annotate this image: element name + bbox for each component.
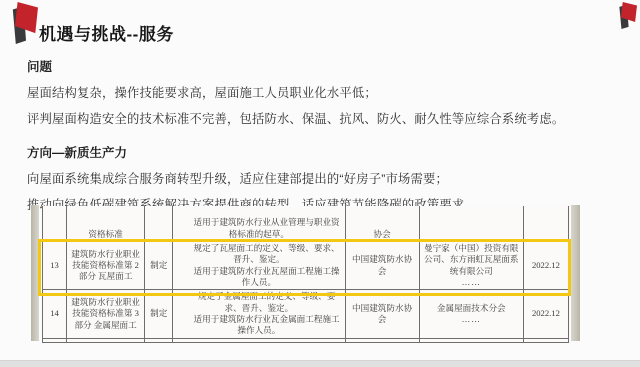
participants-more: …… xyxy=(423,277,520,288)
content-text-1: 规定了金属屋面工的定义、等级、要求、晋升、鉴定。 xyxy=(176,291,341,314)
cell-action: 制定 xyxy=(145,242,173,290)
cell-standard-name: 建筑防水行业职业技能资格标准第 3 部分 金属屋面工 xyxy=(67,290,145,338)
cell-no: 13 xyxy=(43,242,67,290)
cell-org: 中国建筑防水协会 xyxy=(345,290,419,338)
standards-table-region: 资格标准 适用于建筑防水行业从业管理与职业资格标准的起草。 协会 13 建筑防水… xyxy=(42,206,569,343)
table-row-14: 14 建筑防水行业职业技能资格标准第 3 部分 金属屋面工 制定 规定了金属屋面… xyxy=(43,290,569,338)
table-row-clipped xyxy=(43,338,569,342)
participants-text: 曼宁家（中国）投资有限公司、东方雨虹瓦屋面系统有限公司 xyxy=(423,243,520,277)
slide-bottom-strip xyxy=(0,360,640,367)
section-heading-direction: 方向—新质生产力 xyxy=(27,143,627,161)
company-logo-small xyxy=(616,2,637,29)
cell-content: 规定了瓦屋面工的定义、等级、要求、晋升、鉴定。 适用于建筑防水行业瓦屋面工程施工… xyxy=(173,242,345,290)
cell-content: 规定了金属屋面工的定义、等级、要求、晋升、鉴定。 适用于建筑防水行业瓦金属面工程… xyxy=(173,290,345,338)
table-page-edge-left xyxy=(31,205,39,341)
problem-line-1: 屋面结构复杂，操作技能要求高，屋面施工人员职业化水平低； xyxy=(27,83,627,101)
direction-line-1: 向屋面系统集成综合服务商转型升级，适应住建部提出的“好房子”市场需要； xyxy=(27,169,627,187)
cell-standard-name: 资格标准 xyxy=(67,206,145,242)
cell-participants xyxy=(419,206,523,242)
cell-action xyxy=(145,206,173,242)
content-text-2: 适用于建筑防水行业瓦金属面工程施工操作人员。 xyxy=(176,314,341,337)
cell-participants: 金属屋面技术分会 …… xyxy=(419,290,523,338)
cell-date: 2022.12 xyxy=(523,242,568,290)
cell-no xyxy=(43,206,67,242)
cell-no: 14 xyxy=(43,290,67,338)
company-logo xyxy=(8,2,38,44)
cell-participants: 曼宁家（中国）投资有限公司、东方雨虹瓦屋面系统有限公司 …… xyxy=(419,242,523,290)
table-page-edge-right xyxy=(571,205,580,341)
cell-org: 中国建筑防水协会 xyxy=(345,242,419,290)
cell-content: 适用于建筑防水行业从业管理与职业资格标准的起草。 xyxy=(173,206,345,242)
content-text: 适用于建筑防水行业从业管理与职业资格标准的起草。 xyxy=(176,217,341,240)
table-row-13: 13 建筑防水行业职业技能资格标准第 2 部分 瓦屋面工 制定 规定了瓦屋面工的… xyxy=(43,242,569,290)
standards-table: 资格标准 适用于建筑防水行业从业管理与职业资格标准的起草。 协会 13 建筑防水… xyxy=(42,206,569,343)
participants-text: 金属屋面技术分会 xyxy=(423,303,520,314)
participants-more: …… xyxy=(423,314,520,325)
table-row-partial: 资格标准 适用于建筑防水行业从业管理与职业资格标准的起草。 协会 xyxy=(43,206,569,242)
cell-org: 协会 xyxy=(345,206,419,242)
cell-date: 2022.12 xyxy=(523,290,568,338)
content-text-2: 适用于建筑防水行业瓦屋面工程施工操作人员。 xyxy=(176,266,341,289)
section-heading-problem: 问题 xyxy=(27,57,627,75)
cell-action: 制定 xyxy=(145,290,173,338)
content-text-1: 规定了瓦屋面工的定义、等级、要求、晋升、鉴定。 xyxy=(176,243,341,266)
slide-body: 问题 屋面结构复杂，操作技能要求高，屋面施工人员职业化水平低； 评判屋面构造安全… xyxy=(27,57,627,221)
problem-line-2: 评判屋面构造安全的技术标准不完善，包括防水、保温、抗风、防火、耐久性等应综合系统… xyxy=(27,109,627,127)
page-title: 机遇与挑战--服务 xyxy=(39,20,174,45)
cell-date xyxy=(523,206,568,242)
cell-standard-name: 建筑防水行业职业技能资格标准第 2 部分 瓦屋面工 xyxy=(67,242,145,290)
